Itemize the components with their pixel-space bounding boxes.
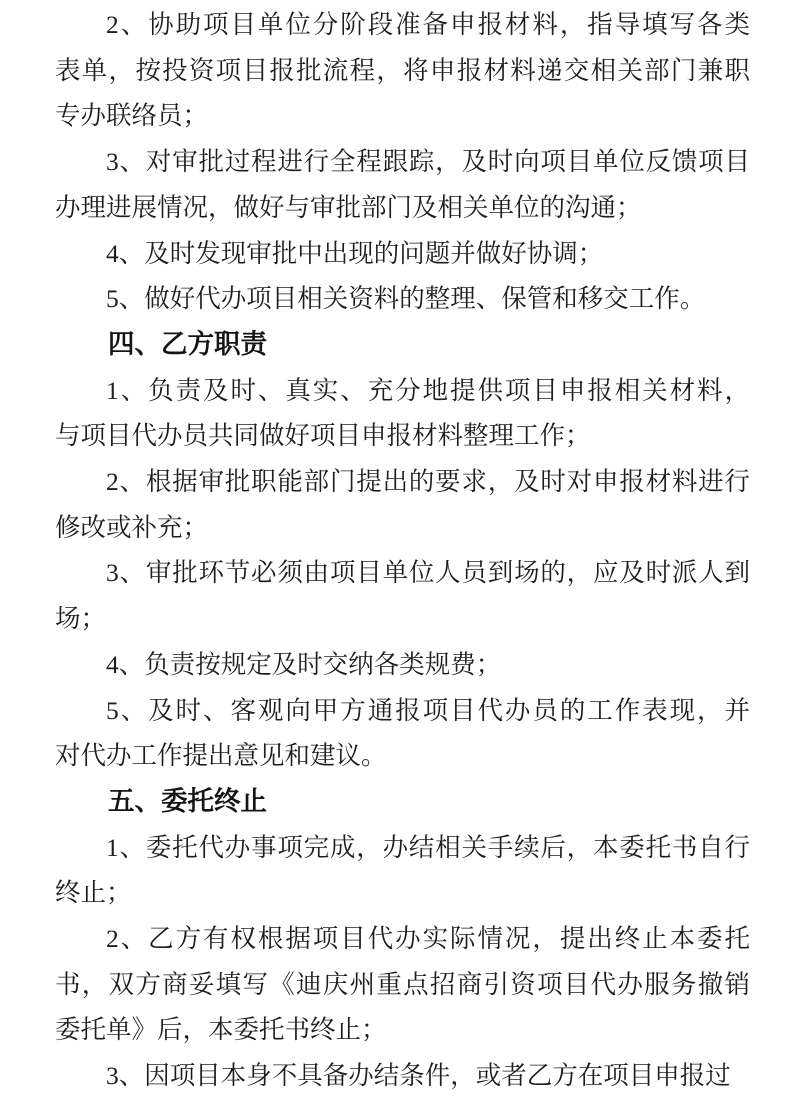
text-line: 2、协助项目单位分阶段准备申报材料，指导填写各类 [55, 2, 750, 48]
document-paragraph: 3、审批环节必须由项目单位人员到场的，应及时派人到场； [55, 550, 750, 641]
section-heading: 四、乙方职责 [55, 322, 750, 368]
section-heading: 五、委托终止 [55, 779, 750, 825]
document-paragraph: 4、及时发现审批中出现的问题并做好协调； [55, 231, 750, 277]
document-paragraph: 2、乙方有权根据项目代办实际情况，提出终止本委托书，双方商妥填写《迪庆州重点招商… [55, 916, 750, 1053]
text-line: 专办联络员； [55, 93, 750, 139]
text-line: 5、做好代办项目相关资料的整理、保管和移交工作。 [55, 276, 750, 322]
document-paragraph: 1、委托代办事项完成，办结相关手续后，本委托书自行终止； [55, 825, 750, 916]
text-line: 3、对审批过程进行全程跟踪，及时向项目单位反馈项目 [55, 139, 750, 185]
text-line: 终止； [55, 870, 750, 916]
document-paragraph: 1、负责及时、真实、充分地提供项目申报相关材料，与项目代办员共同做好项目申报材料… [55, 368, 750, 459]
text-line: 委托单》后，本委托书终止； [55, 1007, 750, 1053]
text-line: 办理进展情况，做好与审批部门及相关单位的沟通； [55, 185, 750, 231]
document-paragraph: 2、协助项目单位分阶段准备申报材料，指导填写各类表单，按投资项目报批流程，将申报… [55, 2, 750, 139]
document-body: 2、协助项目单位分阶段准备申报材料，指导填写各类表单，按投资项目报批流程，将申报… [55, 2, 750, 1099]
document-section-heading: 五、委托终止 [55, 779, 750, 825]
text-line: 1、负责及时、真实、充分地提供项目申报相关材料， [55, 368, 750, 414]
text-line: 书，双方商妥填写《迪庆州重点招商引资项目代办服务撤销 [55, 962, 750, 1008]
document-paragraph: 5、及时、客观向甲方通报项目代办员的工作表现，并对代办工作提出意见和建议。 [55, 688, 750, 779]
text-line: 与项目代办员共同做好项目申报材料整理工作； [55, 413, 750, 459]
text-line: 3、因项目本身不具备办结条件，或者乙方在项目申报过 [55, 1053, 750, 1099]
text-line: 场； [55, 596, 750, 642]
document-paragraph: 3、因项目本身不具备办结条件，或者乙方在项目申报过 [55, 1053, 750, 1099]
text-line: 表单，按投资项目报批流程，将申报材料递交相关部门兼职 [55, 48, 750, 94]
document-paragraph: 2、根据审批职能部门提出的要求，及时对申报材料进行修改或补充； [55, 459, 750, 550]
text-line: 对代办工作提出意见和建议。 [55, 733, 750, 779]
text-line: 4、及时发现审批中出现的问题并做好协调； [55, 231, 750, 277]
text-line: 2、乙方有权根据项目代办实际情况，提出终止本委托 [55, 916, 750, 962]
text-line: 2、根据审批职能部门提出的要求，及时对申报材料进行 [55, 459, 750, 505]
text-line: 3、审批环节必须由项目单位人员到场的，应及时派人到 [55, 550, 750, 596]
text-line: 4、负责按规定及时交纳各类规费； [55, 642, 750, 688]
document-paragraph: 4、负责按规定及时交纳各类规费； [55, 642, 750, 688]
text-line: 5、及时、客观向甲方通报项目代办员的工作表现，并 [55, 688, 750, 734]
document-paragraph: 3、对审批过程进行全程跟踪，及时向项目单位反馈项目办理进展情况，做好与审批部门及… [55, 139, 750, 230]
document-section-heading: 四、乙方职责 [55, 322, 750, 368]
text-line: 1、委托代办事项完成，办结相关手续后，本委托书自行 [55, 825, 750, 871]
text-line: 修改或补充； [55, 505, 750, 551]
document-page: 2、协助项目单位分阶段准备申报材料，指导填写各类表单，按投资项目报批流程，将申报… [0, 0, 800, 1107]
document-paragraph: 5、做好代办项目相关资料的整理、保管和移交工作。 [55, 276, 750, 322]
